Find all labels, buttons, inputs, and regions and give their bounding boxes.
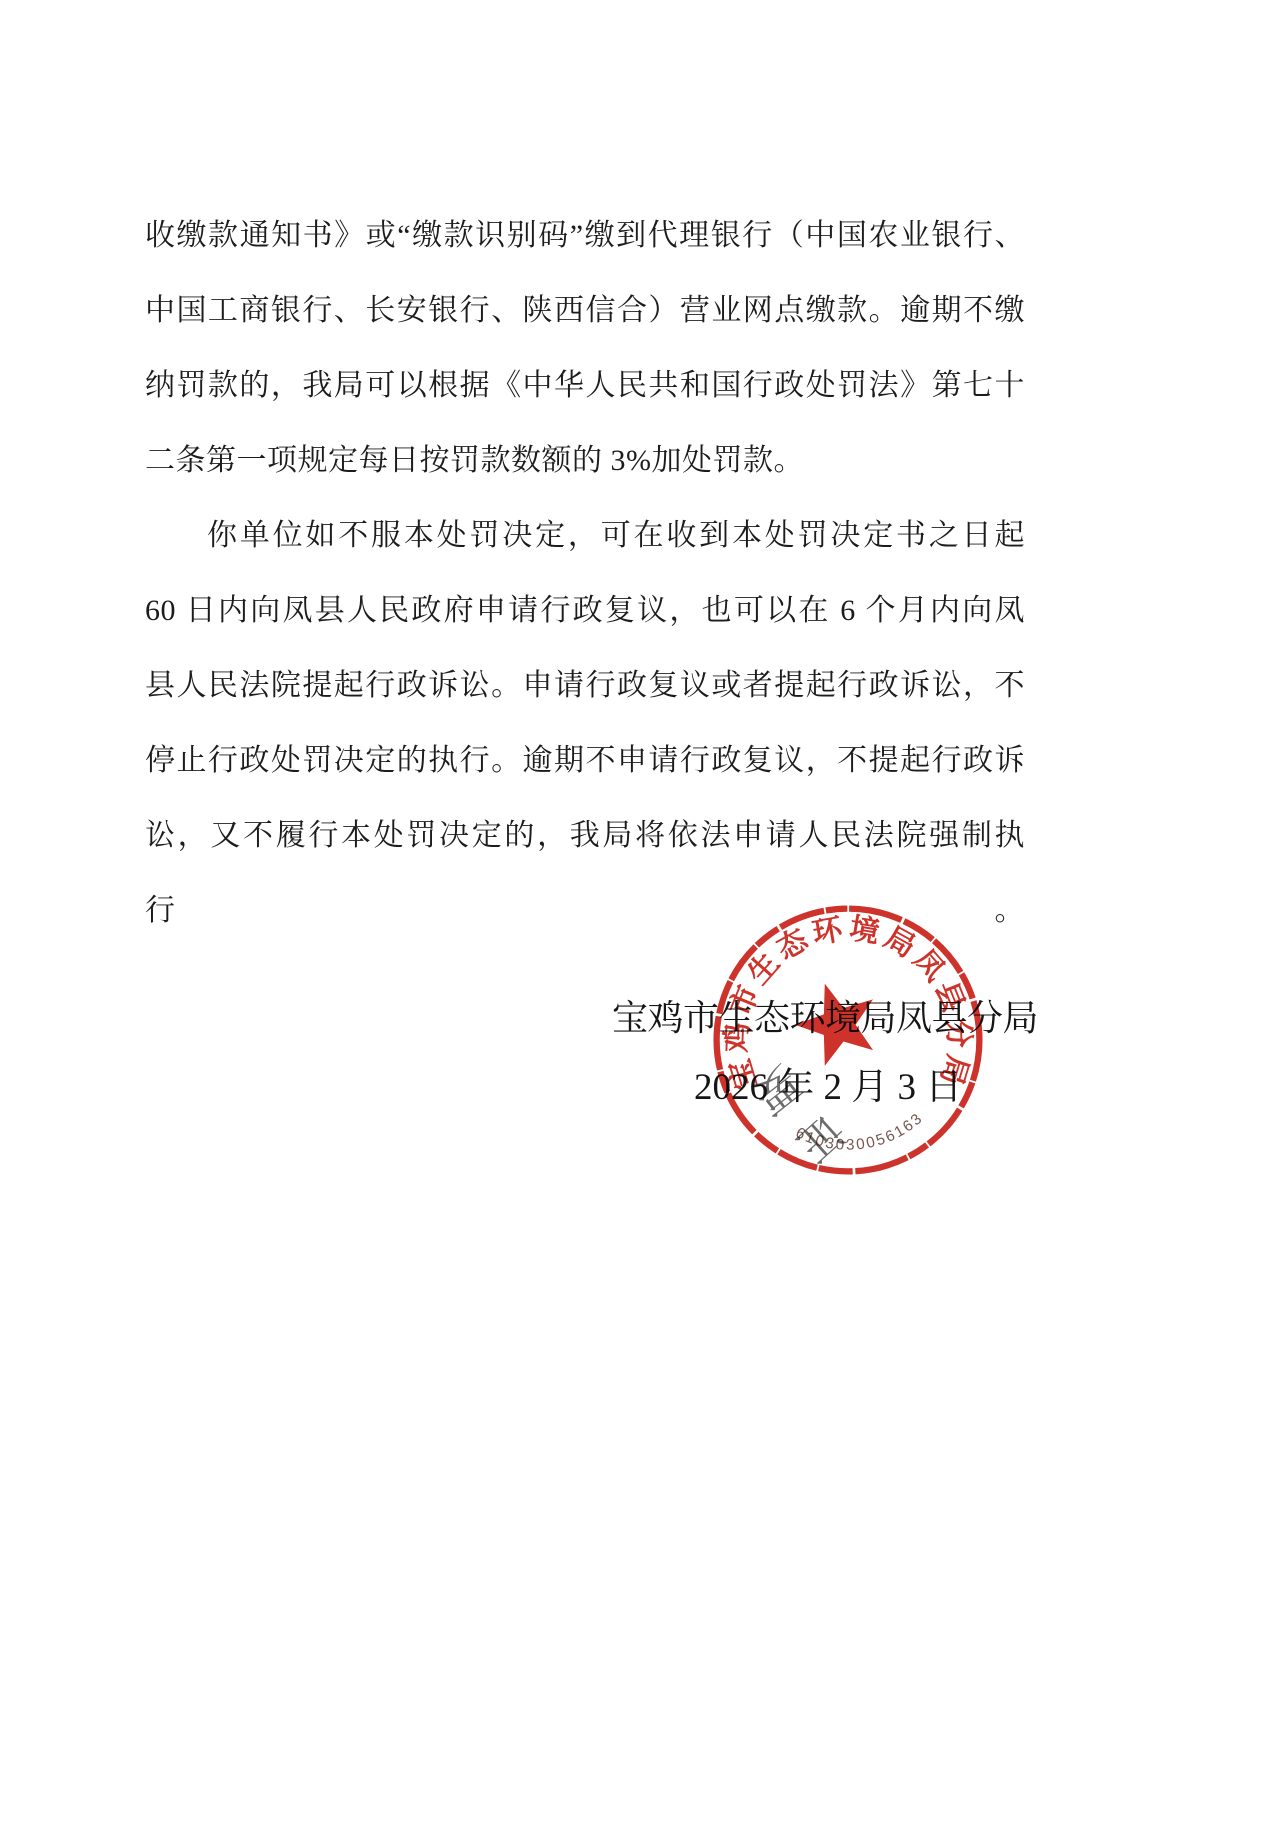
body-line: 纳罚款的，我局可以根据《中华人民共和国行政处罚法》第七十 [145,348,1025,423]
seal-arc-text: 宝鸡市生态环境局凤县分局 [721,911,976,1093]
body-line: 停止行政处罚决定的执行。逾期不申请行政复议，不提起行政诉 [145,723,1025,798]
body-line: 二条第一项规定每日按罚款数额的 3%加处罚款。 [145,423,1025,498]
seal-graphic: 宝鸡市生态环境局凤县分局 6103030056163 [713,905,983,1175]
document-page: 收缴款通知书》或“缴款识别码”缴到代理银行（中国农业银行、中国工商银行、长安银行… [0,0,1280,1832]
body-line: 讼，又不履行本处罚决定的，我局将依法申请人民法院强制执行。 [145,798,1025,873]
body-line: 收缴款通知书》或“缴款识别码”缴到代理银行（中国农业银行、 [145,198,1025,273]
document-body: 收缴款通知书》或“缴款识别码”缴到代理银行（中国农业银行、中国工商银行、长安银行… [145,198,1025,873]
body-line: 县人民法院提起行政诉讼。申请行政复议或者提起行政诉讼，不 [145,648,1025,723]
body-line: 你单位如不服本处罚决定，可在收到本处罚决定书之日起 [145,498,1025,573]
official-seal: 宝鸡市生态环境局凤县分局 6103030056163 要 证 [713,905,983,1175]
body-line: 中国工商银行、长安银行、陕西信合）营业网点缴款。逾期不缴 [145,273,1025,348]
star-icon [795,984,873,1066]
body-line: 60 日内向凤县人民政府申请行政复议，也可以在 6 个月内向凤 [145,573,1025,648]
